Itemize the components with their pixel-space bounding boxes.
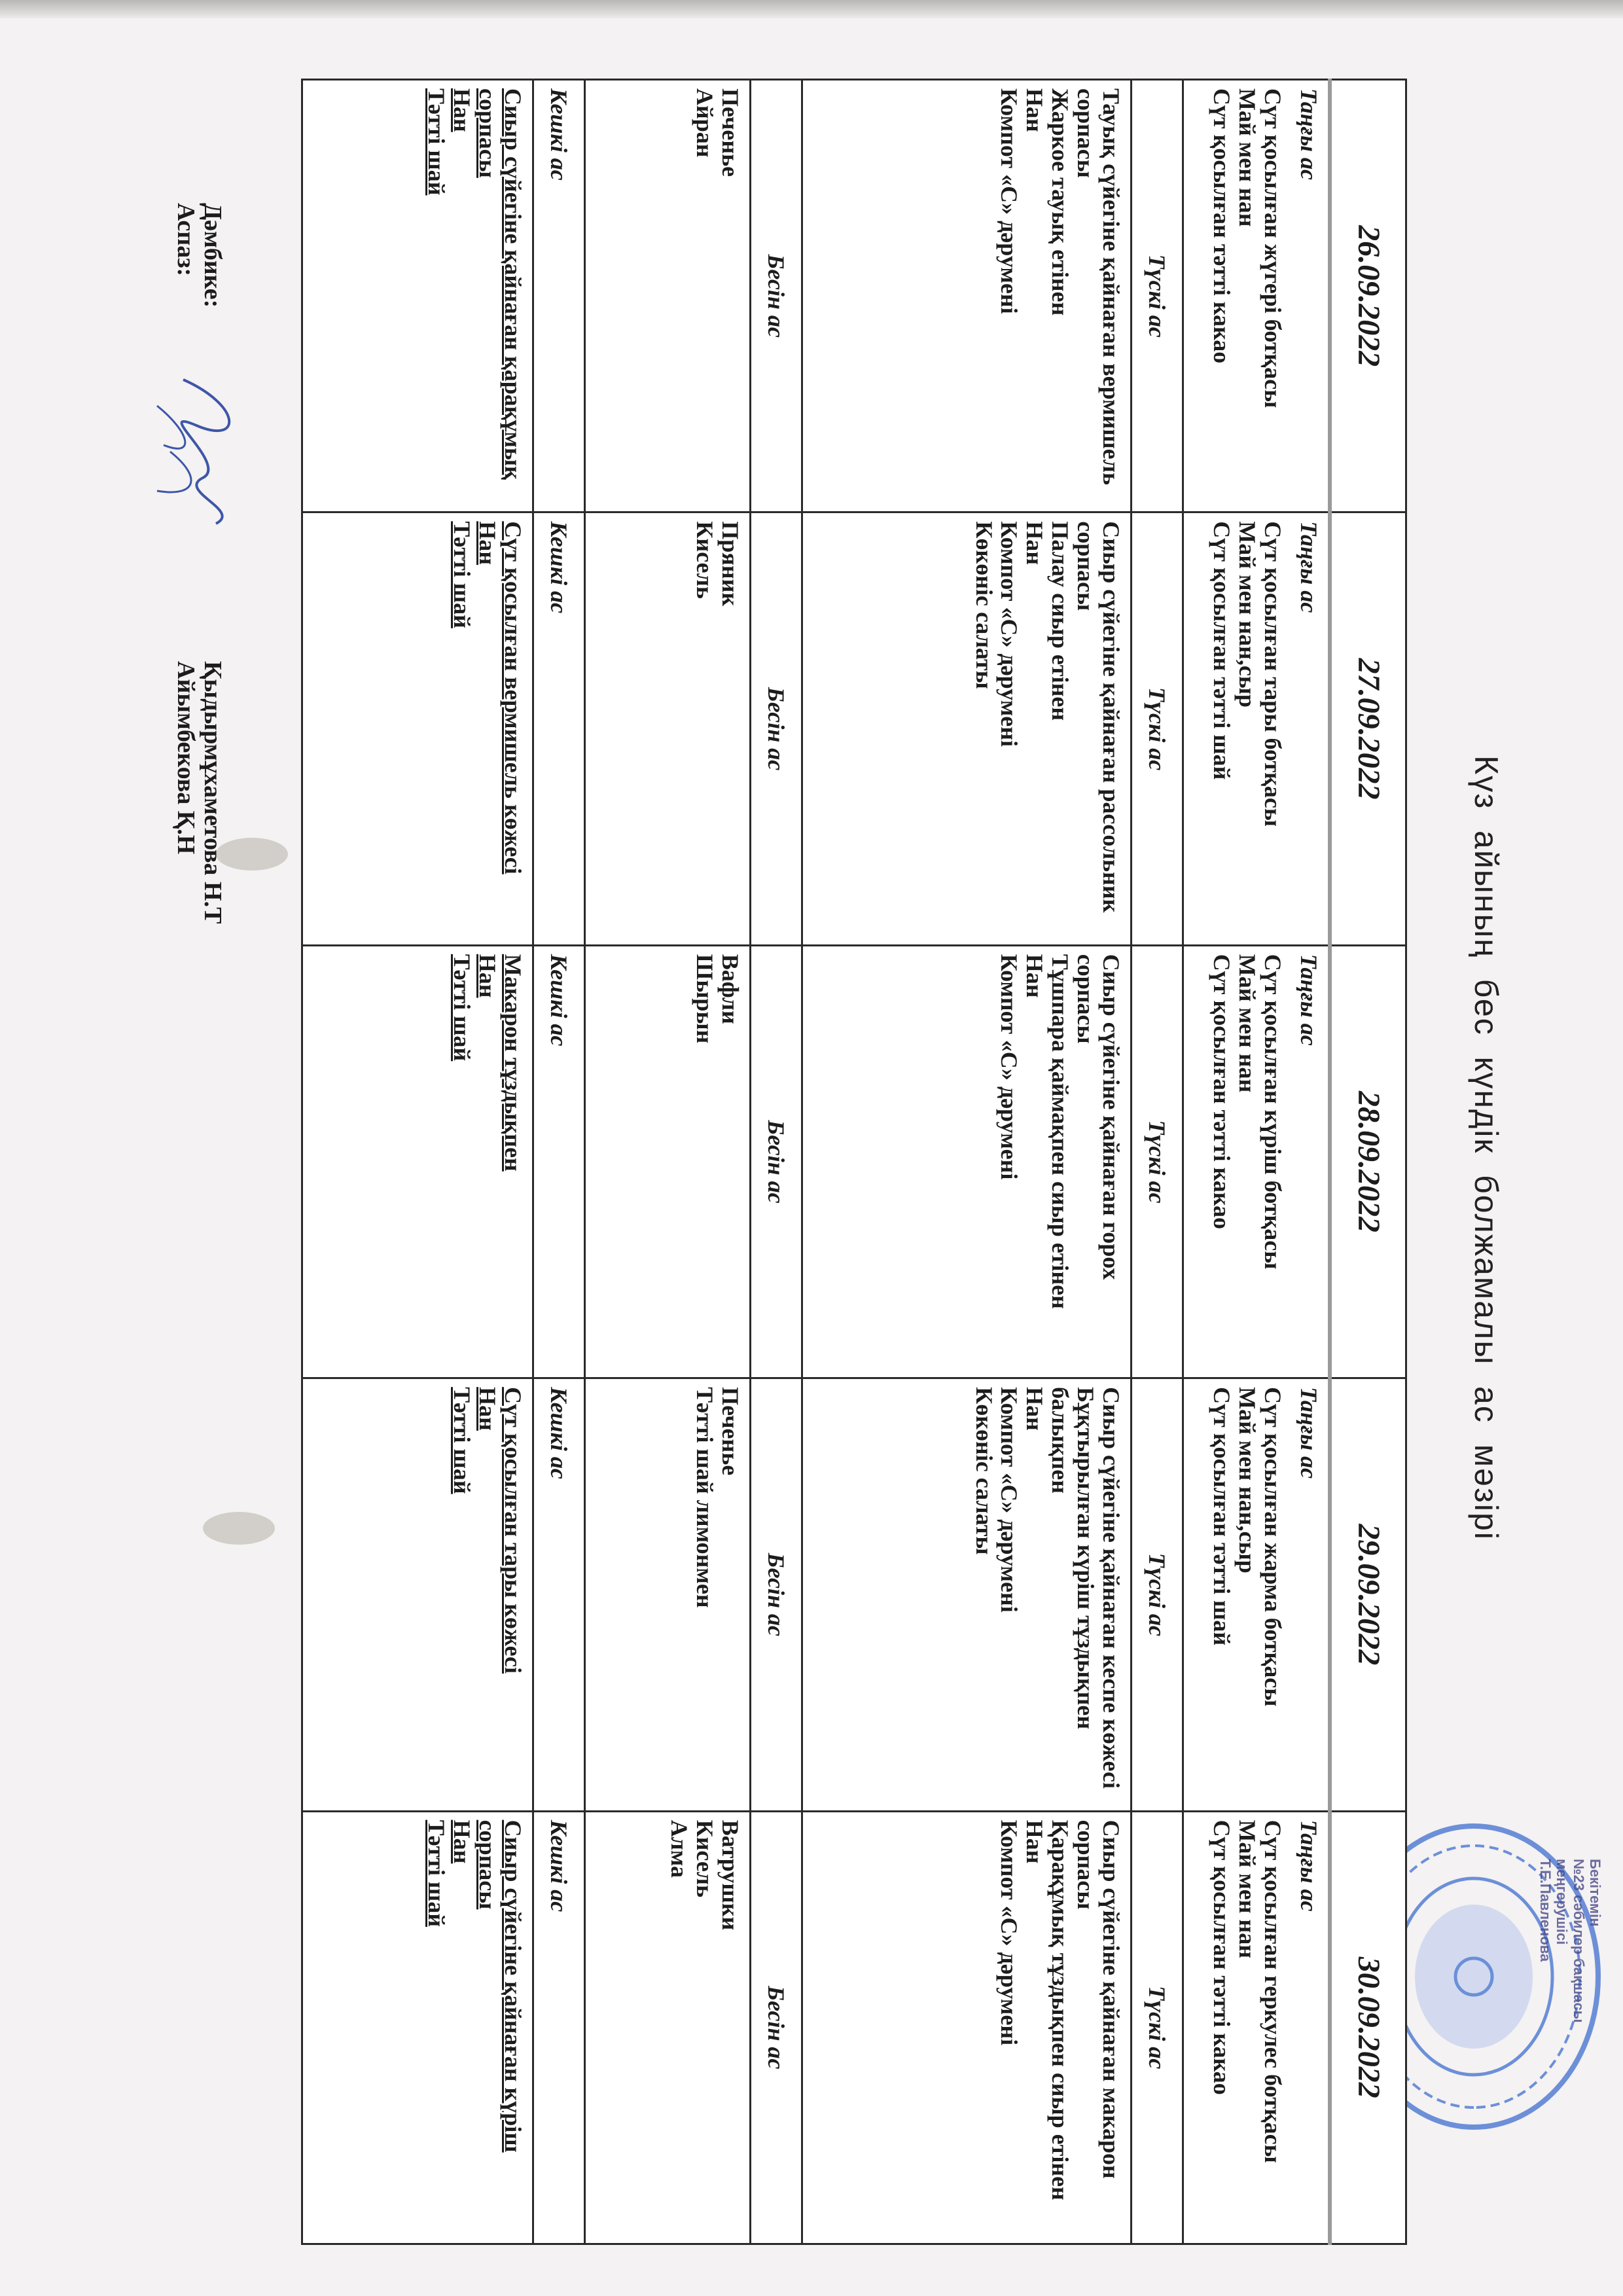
dish-item: Тауық сүйегіне қайнаған вермишель сорпас… (1073, 88, 1124, 503)
lunch-cell: Сиыр сүйегіне қайнаған рассольник сорпас… (802, 512, 1132, 945)
dish-item: Шырын (692, 954, 717, 1369)
dish-item: Сиыр сүйегіне қайнаған макарон сорпасы (1073, 1820, 1124, 2235)
dish-item: Сүт қосылған тары ботқасы (1260, 521, 1285, 936)
dinner-row: Сиыр сүйегіне қайнаған қарақұмық сорпасы… (302, 80, 533, 2244)
snack-label: Бесін ас (751, 1811, 802, 2244)
dish-item: Сүт қосылған жүгері ботқасы (1260, 88, 1285, 503)
date-header: 28.09.2022 (1330, 945, 1406, 1378)
dish-item: Май мен нан (1234, 954, 1260, 1369)
dish-item: Айран (692, 88, 717, 503)
cook-role: Аспаз: (172, 203, 199, 661)
snack-label: Бесін ас (751, 512, 802, 945)
snack-label: Бесін ас (751, 80, 802, 512)
dinner-label: Кешкі ас (533, 1378, 585, 1811)
dish-item: Нан (1022, 1820, 1048, 2235)
dish-item: Тәтті шай (424, 88, 450, 503)
dish-item: Сүт қосылған күріш ботқасы (1260, 954, 1285, 1369)
dish-item: Компот «С» дәрумені (997, 1387, 1022, 1802)
snack-row: ПеченьеАйранПряникКисельВафлиШырынПечень… (585, 80, 751, 2244)
dish-item: Алма (666, 1820, 692, 2235)
dish-item: Тәтті шай (449, 954, 474, 1369)
breakfast-label: Таңғы ас (1296, 1387, 1321, 1802)
nurse-signature-row: Дәмбике: Қыдырмұхаметова Н.Т (199, 203, 226, 924)
dish-item: Сүт қосылған вермишель көжесі (500, 521, 526, 936)
dinner-cell: Сүт қосылған вермишель көжесіНанТәтті ша… (302, 512, 533, 945)
dish-item: Нан (449, 1820, 474, 2235)
dish-item: Май мен нан (1234, 1820, 1260, 2235)
lunch-label: Түскі ас (1132, 1378, 1183, 1811)
lunch-row: Тауық сүйегіне қайнаған вермишель сорпас… (802, 80, 1132, 2244)
breakfast-cell: Таңғы асСүт қосылған геркулес ботқасыМай… (1183, 1811, 1330, 2244)
dish-item: Тәтті шай (449, 521, 474, 936)
lunch-label-row: Түскі асТүскі асТүскі асТүскі асТүскі ас (1132, 80, 1183, 2244)
dish-item: Бұқтырылған күріш тұздықпен балықпен (1047, 1387, 1098, 1802)
menu-table: 26.09.202227.09.202228.09.202229.09.2022… (301, 79, 1407, 2245)
dish-item: Тәтті шай (424, 1820, 450, 2235)
dish-item: Тәтті шай (449, 1387, 474, 1802)
cook-signature-row: Аспаз: Айымбекова Қ.Н (172, 203, 199, 924)
dish-item: Нан (1022, 954, 1048, 1369)
snack-cell: ВафлиШырын (585, 945, 751, 1378)
dinner-label: Кешкі ас (533, 945, 585, 1378)
dish-item: Нан (449, 88, 474, 503)
smudge-mark (203, 1512, 275, 1545)
breakfast-cell: Таңғы асСүт қосылған жарма ботқасыМай ме… (1183, 1378, 1330, 1811)
dinner-cell: Сүт қосылған тары көжесіНанТәтті шай (302, 1378, 533, 1811)
breakfast-label: Таңғы ас (1296, 521, 1321, 936)
smudge-mark (216, 838, 288, 870)
lunch-label: Түскі ас (1132, 80, 1183, 512)
dish-item: Тәтті шай лимонмен (692, 1387, 717, 1802)
dish-item: Нан (1022, 88, 1048, 503)
dish-item: Печенье (717, 1387, 743, 1802)
dish-item: Печенье (717, 88, 743, 503)
snack-label: Бесін ас (751, 945, 802, 1378)
dinner-label-row: Кешкі асКешкі асКешкі асКешкі асКешкі ас (533, 80, 585, 2244)
dish-item: Май мен нан,сыр (1234, 521, 1260, 936)
dinner-label: Кешкі ас (533, 1811, 585, 2244)
dish-item: Сүт қосылған геркулес ботқасы (1260, 1820, 1285, 2235)
breakfast-cell: Таңғы асСүт қосылған күріш ботқасыМай ме… (1183, 945, 1330, 1378)
snack-cell: ПеченьеАйран (585, 80, 751, 512)
dish-item: Сиыр сүйегіне қайнаған қарақұмық сорпасы (474, 88, 526, 503)
nurse-name: Қыдырмұхаметова Н.Т (199, 661, 226, 924)
date-header: 29.09.2022 (1330, 1378, 1406, 1811)
date-header: 27.09.2022 (1330, 512, 1406, 945)
nurse-role: Дәмбике: (199, 203, 226, 661)
dinner-cell: Сиыр сүйегіне қайнаған қарақұмық сорпасы… (302, 80, 533, 512)
dish-item: Нан (1022, 1387, 1048, 1802)
lunch-label: Түскі ас (1132, 945, 1183, 1378)
dish-item: Вафли (717, 954, 743, 1369)
date-header: 30.09.2022 (1330, 1811, 1406, 2244)
breakfast-row: Таңғы асСүт қосылған жүгері ботқасыМай м… (1183, 80, 1330, 2244)
dish-item: Пряник (717, 521, 743, 936)
dish-item: Сиыр сүйегіне қайнаған горох сорпасы (1073, 954, 1124, 1369)
dish-item: Компот «С» дәрумені (997, 1820, 1022, 2235)
breakfast-label: Таңғы ас (1296, 1820, 1321, 2235)
dish-item: Нан (1022, 521, 1048, 936)
dish-item: Көкөніс салаты (971, 521, 997, 936)
signature-block: Дәмбике: Қыдырмұхаметова Н.Т Аспаз: Айым… (172, 203, 226, 924)
lunch-cell: Сиыр сүйегіне қайнаған кеспе көжесіБұқты… (802, 1378, 1132, 1811)
dinner-label: Кешкі ас (533, 80, 585, 512)
dish-item: Сүт қосылған тары көжесі (500, 1387, 526, 1802)
dish-item: Май мен нан,сыр (1234, 1387, 1260, 1802)
dish-item: Сүт қосылған тәтті какао (1209, 954, 1235, 1369)
dish-item: Сиыр сүйегіне қайнаған кеспе көжесі (1098, 1387, 1124, 1802)
dish-item: Нан (474, 521, 500, 936)
dish-item: Компот «С» дәрумені (997, 521, 1022, 936)
breakfast-label: Таңғы ас (1296, 88, 1321, 503)
dish-item: Сүт қосылған тәтті шай (1209, 1387, 1235, 1802)
cook-name: Айымбекова Қ.Н (172, 661, 199, 854)
dish-item: Кисель (692, 1820, 717, 2235)
dish-item: Нан (474, 954, 500, 1369)
lunch-cell: Сиыр сүйегіне қайнаған макарон сорпасыҚа… (802, 1811, 1132, 2244)
snack-cell: ВатрушкиКисельАлма (585, 1811, 751, 2244)
dish-item: Ватрушки (717, 1820, 743, 2235)
dinner-label: Кешкі ас (533, 512, 585, 945)
dinner-cell: Макарон тұздықпенНанТәтті шай (302, 945, 533, 1378)
lunch-label: Түскі ас (1132, 1811, 1183, 2244)
dish-item: Сүт қосылған тәтті какао (1209, 1820, 1235, 2235)
date-header-row: 26.09.202227.09.202228.09.202229.09.2022… (1330, 80, 1406, 2244)
dish-item: Макарон тұздықпен (500, 954, 526, 1369)
breakfast-label: Таңғы ас (1296, 954, 1321, 1369)
dish-item: Нан (474, 1387, 500, 1802)
snack-label-row: Бесін асБесін асБесін асБесін асБесін ас (751, 80, 802, 2244)
lunch-label: Түскі ас (1132, 512, 1183, 945)
snack-label: Бесін ас (751, 1378, 802, 1811)
dish-item: Сиыр сүйегіне қайнаған күріш сорпасы (474, 1820, 526, 2235)
breakfast-cell: Таңғы асСүт қосылған тары ботқасыМай мен… (1183, 512, 1330, 945)
dish-item: Сүт қосылған жарма ботқасы (1260, 1387, 1285, 1802)
date-header: 26.09.2022 (1330, 80, 1406, 512)
stamp-text: Бекітемін №23 сәбилер бақшасы меңгерушіс… (1537, 1859, 1603, 2147)
dish-item: Сүт қосылған тәтті шай (1209, 521, 1235, 936)
dish-item: Кисель (692, 521, 717, 936)
dish-item: Сүт қосылған тәтті какао (1209, 88, 1235, 503)
dish-item: Май мен нан (1234, 88, 1260, 503)
snack-cell: ПряникКисель (585, 512, 751, 945)
breakfast-cell: Таңғы асСүт қосылған жүгері ботқасыМай м… (1183, 80, 1330, 512)
dish-item: Қарақұмық тұздықпен сиыр етінен (1047, 1820, 1073, 2235)
dish-item: Жаркое тауық етінен (1047, 88, 1073, 503)
lunch-cell: Тауық сүйегіне қайнаған вермишель сорпас… (802, 80, 1132, 512)
dish-item: Сиыр сүйегіне қайнаған рассольник сорпас… (1073, 521, 1124, 936)
dinner-cell: Сиыр сүйегіне қайнаған күріш сорпасыНанТ… (302, 1811, 533, 2244)
menu-page: Күз айының бес күндік болжамалы ас мәзір… (0, 0, 1623, 2296)
dish-item: Көкөніс салаты (971, 1387, 997, 1802)
lunch-cell: Сиыр сүйегіне қайнаған горох сорпасыТұшп… (802, 945, 1132, 1378)
dish-item: Палау сиыр етінен (1047, 521, 1073, 936)
dish-item: Компот «С» дәрумені (997, 954, 1022, 1369)
dish-item: Компот «С» дәрумені (997, 88, 1022, 503)
dish-item: Тұшпара қаймақпен сиыр етінен (1047, 954, 1073, 1369)
snack-cell: ПеченьеТәтті шай лимонмен (585, 1378, 751, 1811)
